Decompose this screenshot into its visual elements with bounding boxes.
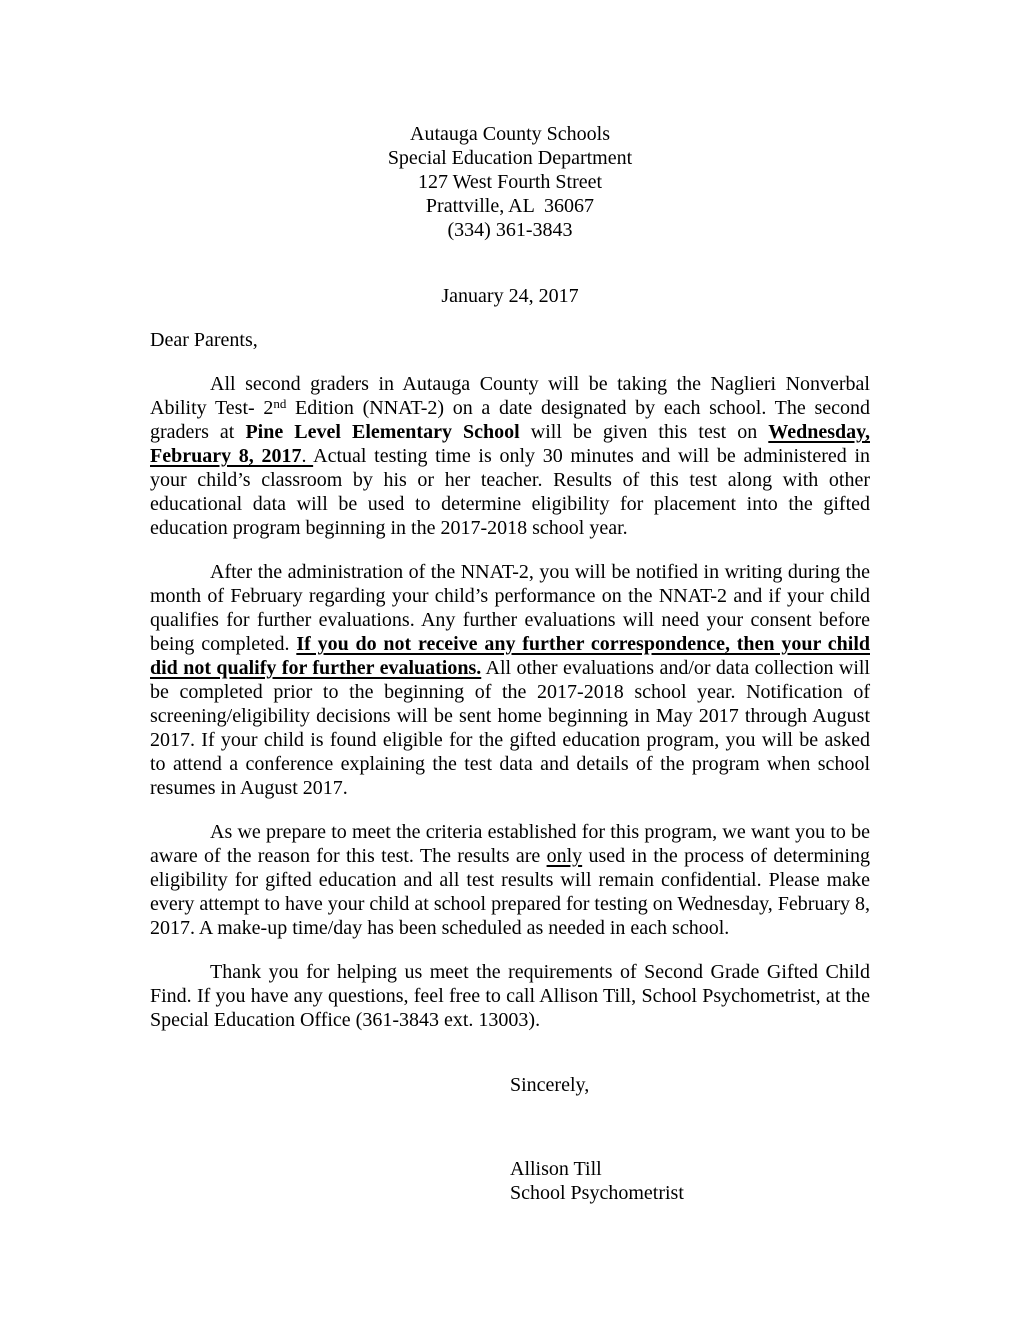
letter-page: Autauga County Schools Special Education…	[0, 0, 1020, 1320]
ordinal-suffix: nd	[273, 396, 286, 411]
salutation: Dear Parents,	[150, 328, 870, 352]
valediction: Sincerely,	[510, 1073, 870, 1097]
text-segment: .	[302, 445, 314, 467]
letterhead-department: Special Education Department	[150, 146, 870, 170]
text-segment: Thank you for helping us meet the requir…	[150, 961, 870, 1031]
closing-block: Sincerely, Allison Till School Psychomet…	[510, 1073, 870, 1205]
paragraph: As we prepare to meet the criteria estab…	[150, 820, 870, 940]
letterhead-phone: (334) 361-3843	[150, 218, 870, 242]
letterhead-city-state-zip: Prattville, AL 36067	[150, 194, 870, 218]
letter-body: All second graders in Autauga County wil…	[150, 372, 870, 1032]
letterhead-org-name: Autauga County Schools	[150, 122, 870, 146]
signature-title: School Psychometrist	[510, 1181, 870, 1205]
signature-name: Allison Till	[510, 1157, 870, 1181]
text-segment: will be given this test on	[520, 421, 769, 443]
signature-block: Allison Till School Psychometrist	[510, 1157, 870, 1205]
paragraph: All second graders in Autauga County wil…	[150, 372, 870, 540]
paragraph: After the administration of the NNAT-2, …	[150, 560, 870, 800]
letterhead-street: 127 West Fourth Street	[150, 170, 870, 194]
date-line: January 24, 2017	[150, 284, 870, 308]
text-segment: only	[547, 845, 583, 867]
letterhead: Autauga County Schools Special Education…	[150, 122, 870, 242]
text-segment: Pine Level Elementary School	[245, 421, 519, 443]
paragraph: Thank you for helping us meet the requir…	[150, 960, 870, 1032]
